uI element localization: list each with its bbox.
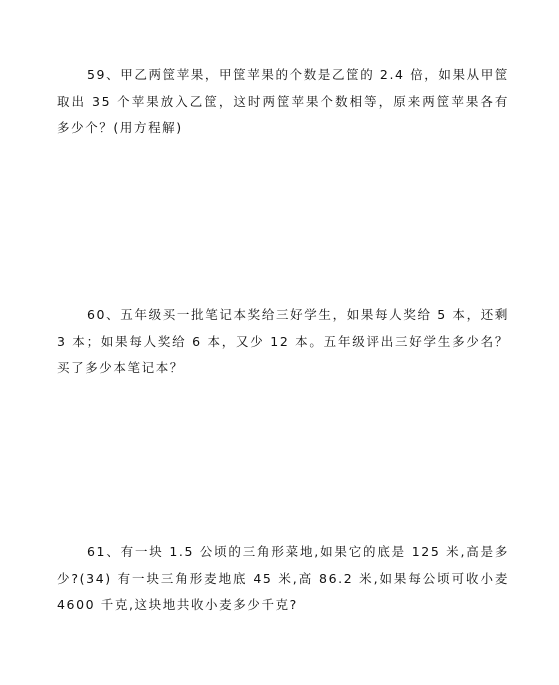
problem-60: 60、五年级买一批笔记本奖给三好学生，如果每人奖给 5 本，还剩 3 本；如果每… bbox=[57, 302, 509, 382]
problem-60-text: 60、五年级买一批笔记本奖给三好学生，如果每人奖给 5 本，还剩 3 本；如果每… bbox=[57, 302, 509, 382]
problem-59: 59、甲乙两筐苹果，甲筐苹果的个数是乙筐的 2.4 倍，如果从甲筐取出 35 个… bbox=[57, 62, 509, 142]
problem-61-text: 61、有一块 1.5 公顷的三角形菜地,如果它的底是 125 米,高是多少?(3… bbox=[57, 539, 509, 619]
problem-59-text: 59、甲乙两筐苹果，甲筐苹果的个数是乙筐的 2.4 倍，如果从甲筐取出 35 个… bbox=[57, 62, 509, 142]
problem-61: 61、有一块 1.5 公顷的三角形菜地,如果它的底是 125 米,高是多少?(3… bbox=[57, 539, 509, 619]
